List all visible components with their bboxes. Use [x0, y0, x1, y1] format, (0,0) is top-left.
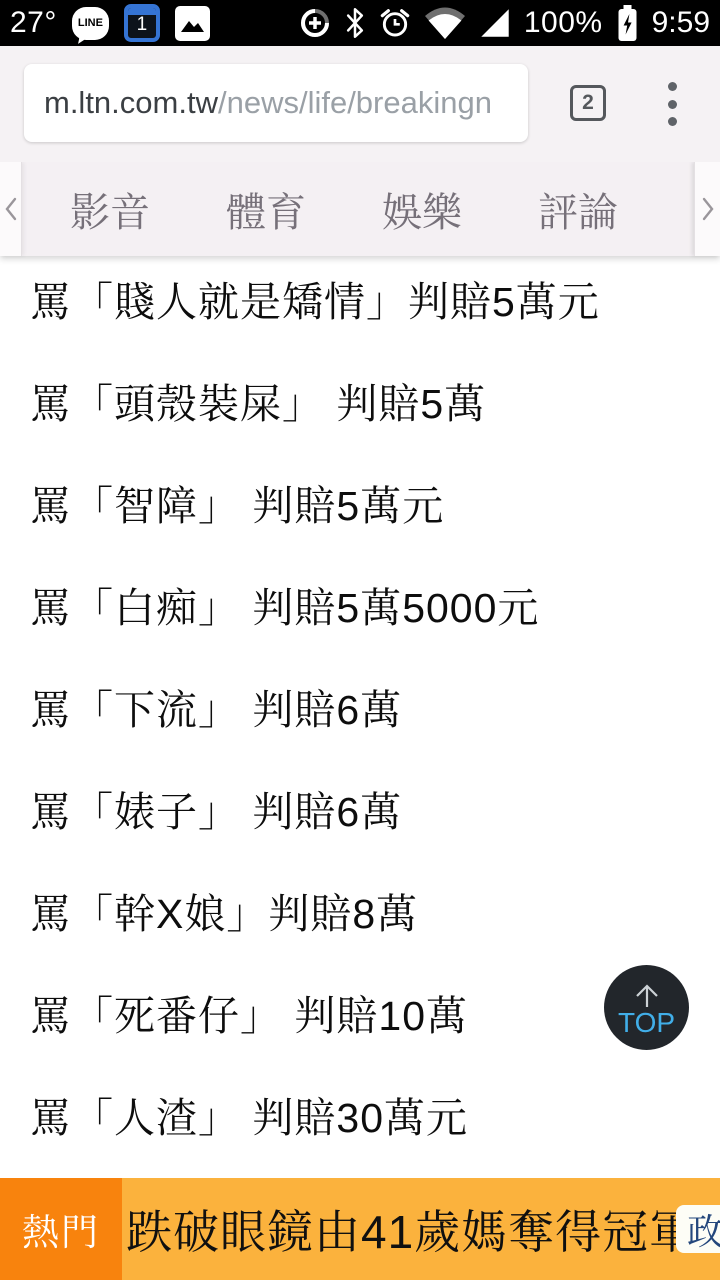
scroll-left-button[interactable]: [0, 162, 22, 256]
data-saver-icon: [299, 7, 331, 39]
gallery-notification-icon: [175, 6, 210, 41]
scroll-right-button[interactable]: [694, 162, 720, 256]
category-tab-list: 影音 體育 娛樂 評論: [22, 162, 694, 256]
list-item[interactable]: 罵「白痴」 判賠5萬5000元: [0, 553, 720, 656]
list-item[interactable]: 罵「人渣」 判賠30萬元: [0, 1063, 720, 1166]
hot-news-ticker: 熱門 跌破眼鏡由41歲媽奪得冠軍 政: [0, 1178, 720, 1280]
headline-text: 罵「人渣」 判賠30萬元: [30, 1085, 468, 1144]
menu-dot: [668, 117, 677, 126]
status-bar: 27° LINE 1: [0, 0, 720, 46]
category-chip[interactable]: 政: [676, 1205, 720, 1253]
line-notification-icon: LINE: [72, 7, 109, 40]
headline-text: 罵「頭殼裝屎」 判賠5萬: [30, 371, 486, 430]
headline-text: 罵「幹X娘」判賠8萬: [30, 881, 418, 940]
clock-text: 9:59: [652, 6, 710, 40]
headline-text: 罵「白痴」 判賠5萬5000元: [30, 575, 539, 634]
category-chip-label: 政: [687, 1204, 720, 1255]
up-arrow-icon: [632, 983, 662, 1009]
back-to-top-button[interactable]: TOP: [604, 965, 689, 1050]
battery-charging-icon: [616, 3, 639, 43]
list-item[interactable]: 罵「智障」 判賠5萬元: [0, 451, 720, 554]
calendar-notification-icon: 1: [124, 4, 160, 42]
alarm-clock-icon: [379, 7, 411, 39]
menu-dot: [668, 100, 677, 109]
wifi-icon: [424, 6, 466, 40]
url-bar[interactable]: m.ltn.com.tw/news/life/breakingn: [24, 64, 528, 142]
list-item[interactable]: 罵「婊子」 判賠6萬: [0, 757, 720, 860]
status-bar-left: 27° LINE 1: [10, 4, 210, 42]
chevron-left-icon: [4, 196, 18, 222]
list-item[interactable]: 罵「賤人就是矯情」判賠5萬元: [0, 247, 720, 350]
cell-signal-icon: [479, 7, 511, 39]
tab-sports[interactable]: 體育: [226, 181, 306, 238]
list-item[interactable]: 罵「下流」 判賠6萬: [0, 655, 720, 758]
headline-text: 罵「智障」 判賠5萬元: [30, 473, 444, 532]
headline-text: 罵「死番仔」 判賠10萬: [30, 983, 468, 1042]
tab-video[interactable]: 影音: [70, 181, 150, 238]
overflow-menu-button[interactable]: [668, 82, 678, 126]
hot-label: 熱門: [0, 1178, 122, 1280]
battery-percent-text: 100%: [524, 6, 603, 40]
headline-text: 罵「賤人就是矯情」判賠5萬元: [30, 269, 600, 328]
temperature-text: 27°: [10, 6, 57, 40]
ticker-headline[interactable]: 跌破眼鏡由41歲媽奪得冠軍: [122, 1196, 720, 1262]
line-icon-label: LINE: [78, 17, 103, 29]
category-nav: 影音 體育 娛樂 評論: [0, 162, 720, 256]
headline-text: 罵「婊子」 判賠6萬: [30, 779, 402, 838]
browser-chrome: m.ltn.com.tw/news/life/breakingn 2: [0, 46, 720, 162]
headline-text: 罵「下流」 判賠6萬: [30, 677, 402, 736]
list-item[interactable]: 罵「頭殼裝屎」 判賠5萬: [0, 349, 720, 452]
list-item[interactable]: 罵「幹X娘」判賠8萬: [0, 859, 720, 962]
calendar-day-number: 1: [137, 12, 148, 38]
tab-opinion[interactable]: 評論: [538, 181, 618, 238]
tab-switcher-button[interactable]: 2: [570, 85, 606, 121]
url-domain-text: m.ltn.com.tw: [44, 85, 218, 121]
tab-count-text: 2: [582, 91, 594, 115]
phone-screen: 27° LINE 1: [0, 0, 720, 1280]
status-bar-right: 100% 9:59: [299, 3, 710, 43]
tab-entertainment[interactable]: 娛樂: [382, 181, 462, 238]
top-button-label: TOP: [618, 1009, 675, 1037]
url-path-text: /news/life/breakingn: [218, 85, 492, 121]
article-list: 罵「賤人就是矯情」判賠5萬元 罵「頭殼裝屎」 判賠5萬 罵「智障」 判賠5萬元 …: [0, 256, 720, 1178]
chevron-right-icon: [701, 196, 715, 222]
menu-dot: [668, 82, 677, 91]
bluetooth-icon: [344, 7, 366, 39]
